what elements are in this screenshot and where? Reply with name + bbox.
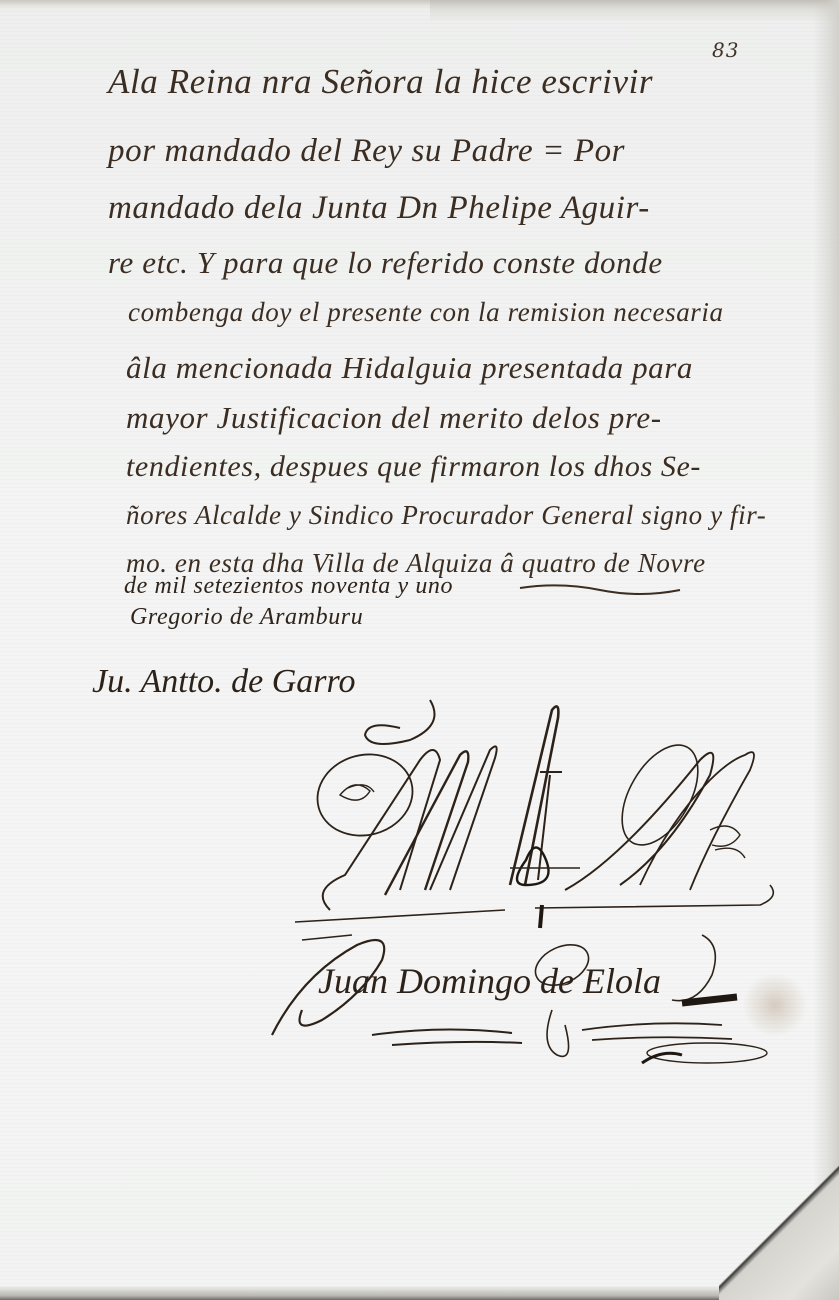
line-end-flourish	[520, 580, 690, 600]
manuscript-page: 83 Ala Reina nra Señora la hice escrivir…	[0, 0, 839, 1300]
paper-right-edge	[813, 0, 839, 1300]
manuscript-line-2: por mandado del Rey su Padre = Por	[108, 133, 625, 170]
manuscript-line-6: âla mencionada Hidalguia presentada para	[126, 350, 693, 386]
notary-name-line: Gregorio de Aramburu	[130, 604, 363, 631]
folio-number: 83	[712, 38, 739, 62]
manuscript-line-5: combenga doy el presente con la remision…	[128, 297, 724, 328]
manuscript-line-1: Ala Reina nra Señora la hice escrivir	[108, 62, 653, 102]
manuscript-line-4: re etc. Y para que lo referido conste do…	[108, 245, 663, 281]
signature-elola: Juan Domingo de Elola	[318, 960, 661, 1002]
manuscript-line-9: ñores Alcalde y Sindico Procurador Gener…	[126, 500, 766, 531]
paper-bottom-edge	[0, 1286, 839, 1300]
ornamental-rubric-signature	[290, 700, 800, 930]
manuscript-line-8: tendientes, despues que firmaron los dho…	[126, 450, 701, 484]
manuscript-line-7: mayor Justificacion del merito delos pre…	[126, 400, 662, 436]
manuscript-line-3: mandado dela Junta Dn Phelipe Aguir-	[108, 190, 650, 227]
date-line: de mil setezientos noventa y uno	[124, 573, 453, 600]
paper-fold-shadow	[430, 0, 839, 22]
folded-corner	[719, 1160, 839, 1300]
signature-garro: Ju. Antto. de Garro	[92, 663, 355, 701]
